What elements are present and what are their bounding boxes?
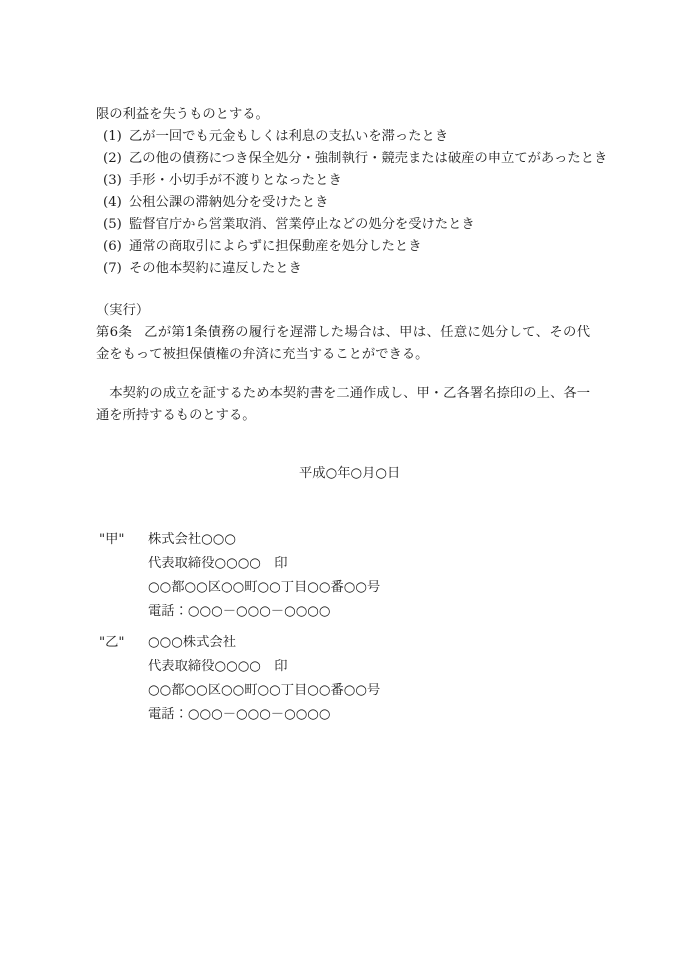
- article6-heading: （実行）: [96, 300, 590, 322]
- article6-paragraph: 第6条乙が第1条債務の履行を遅滞した場合は、甲は、任意に処分して、その代金をもっ…: [96, 322, 590, 366]
- representative-line: 代表取締役○○○○ 印: [148, 655, 380, 679]
- list-item: (2) 乙の他の債務につき保全処分・強制執行・競売または破産の申立てがあったとき: [96, 148, 590, 170]
- list-item: (1) 乙が一回でも元金もしくは利息の支払いを滞ったとき: [96, 126, 590, 148]
- item-text: 公租公課の滞納処分を受けたとき: [129, 192, 328, 214]
- address-line: ○○都○○区○○町○○丁目○○番○○号: [148, 679, 380, 703]
- party-info-kou: 株式会社○○○ 代表取締役○○○○ 印 ○○都○○区○○町○○丁目○○番○○号 …: [148, 528, 380, 624]
- article6-body: 乙が第1条債務の履行を遅滞した場合は、甲は、任意に処分して、その代金をもって被担…: [96, 325, 590, 362]
- item-number: (4): [96, 192, 129, 214]
- item-number: (1): [96, 126, 129, 148]
- item-number: (7): [96, 258, 129, 280]
- representative-line: 代表取締役○○○○ 印: [148, 552, 380, 576]
- party-label-otsu: "乙": [96, 631, 148, 727]
- closing-paragraph: 本契約の成立を証するため本契約書を二通作成し、甲・乙各署名捺印の上、各一通を所持…: [96, 383, 590, 427]
- list-item: (7) その他本契約に違反したとき: [96, 258, 590, 280]
- list-item: (6) 通常の商取引によらずに担保動産を処分したとき: [96, 236, 590, 258]
- document-page: 限の利益を失うものとする。 (1) 乙が一回でも元金もしくは利息の支払いを滞った…: [0, 0, 680, 962]
- clause-continuation-text: 限の利益を失うものとする。: [96, 104, 590, 126]
- article6-label: 第6条: [96, 325, 132, 340]
- item-text: その他本契約に違反したとき: [129, 258, 302, 280]
- item-number: (6): [96, 236, 129, 258]
- party-block-kou: "甲" 株式会社○○○ 代表取締役○○○○ 印 ○○都○○区○○町○○丁目○○番…: [96, 528, 590, 624]
- item-text: 乙の他の債務につき保全処分・強制執行・競売または破産の申立てがあったとき: [129, 148, 607, 170]
- list-item: (4) 公租公課の滞納処分を受けたとき: [96, 192, 590, 214]
- company-name: 株式会社○○○: [148, 528, 380, 552]
- date-line: 平成○年○月○日: [299, 463, 590, 485]
- phone-line: 電話：○○○－○○○－○○○○: [148, 703, 380, 727]
- item-text: 乙が一回でも元金もしくは利息の支払いを滞ったとき: [129, 126, 448, 148]
- item-number: (5): [96, 214, 129, 236]
- item-text: 監督官庁から営業取消、営業停止などの処分を受けたとき: [129, 214, 475, 236]
- party-label-kou: "甲": [96, 528, 148, 624]
- item-text: 手形・小切手が不渡りとなったとき: [129, 170, 342, 192]
- company-name: ○○○株式会社: [148, 631, 380, 655]
- address-line: ○○都○○区○○町○○丁目○○番○○号: [148, 576, 380, 600]
- list-item: (3) 手形・小切手が不渡りとなったとき: [96, 170, 590, 192]
- party-block-otsu: "乙" ○○○株式会社 代表取締役○○○○ 印 ○○都○○区○○町○○丁目○○番…: [96, 631, 590, 727]
- acceleration-events-list: (1) 乙が一回でも元金もしくは利息の支払いを滞ったとき (2) 乙の他の債務に…: [96, 126, 590, 280]
- party-info-otsu: ○○○株式会社 代表取締役○○○○ 印 ○○都○○区○○町○○丁目○○番○○号 …: [148, 631, 380, 727]
- phone-line: 電話：○○○－○○○－○○○○: [148, 600, 380, 624]
- list-item: (5) 監督官庁から営業取消、営業停止などの処分を受けたとき: [96, 214, 590, 236]
- item-number: (2): [96, 148, 129, 170]
- item-text: 通常の商取引によらずに担保動産を処分したとき: [129, 236, 422, 258]
- item-number: (3): [96, 170, 129, 192]
